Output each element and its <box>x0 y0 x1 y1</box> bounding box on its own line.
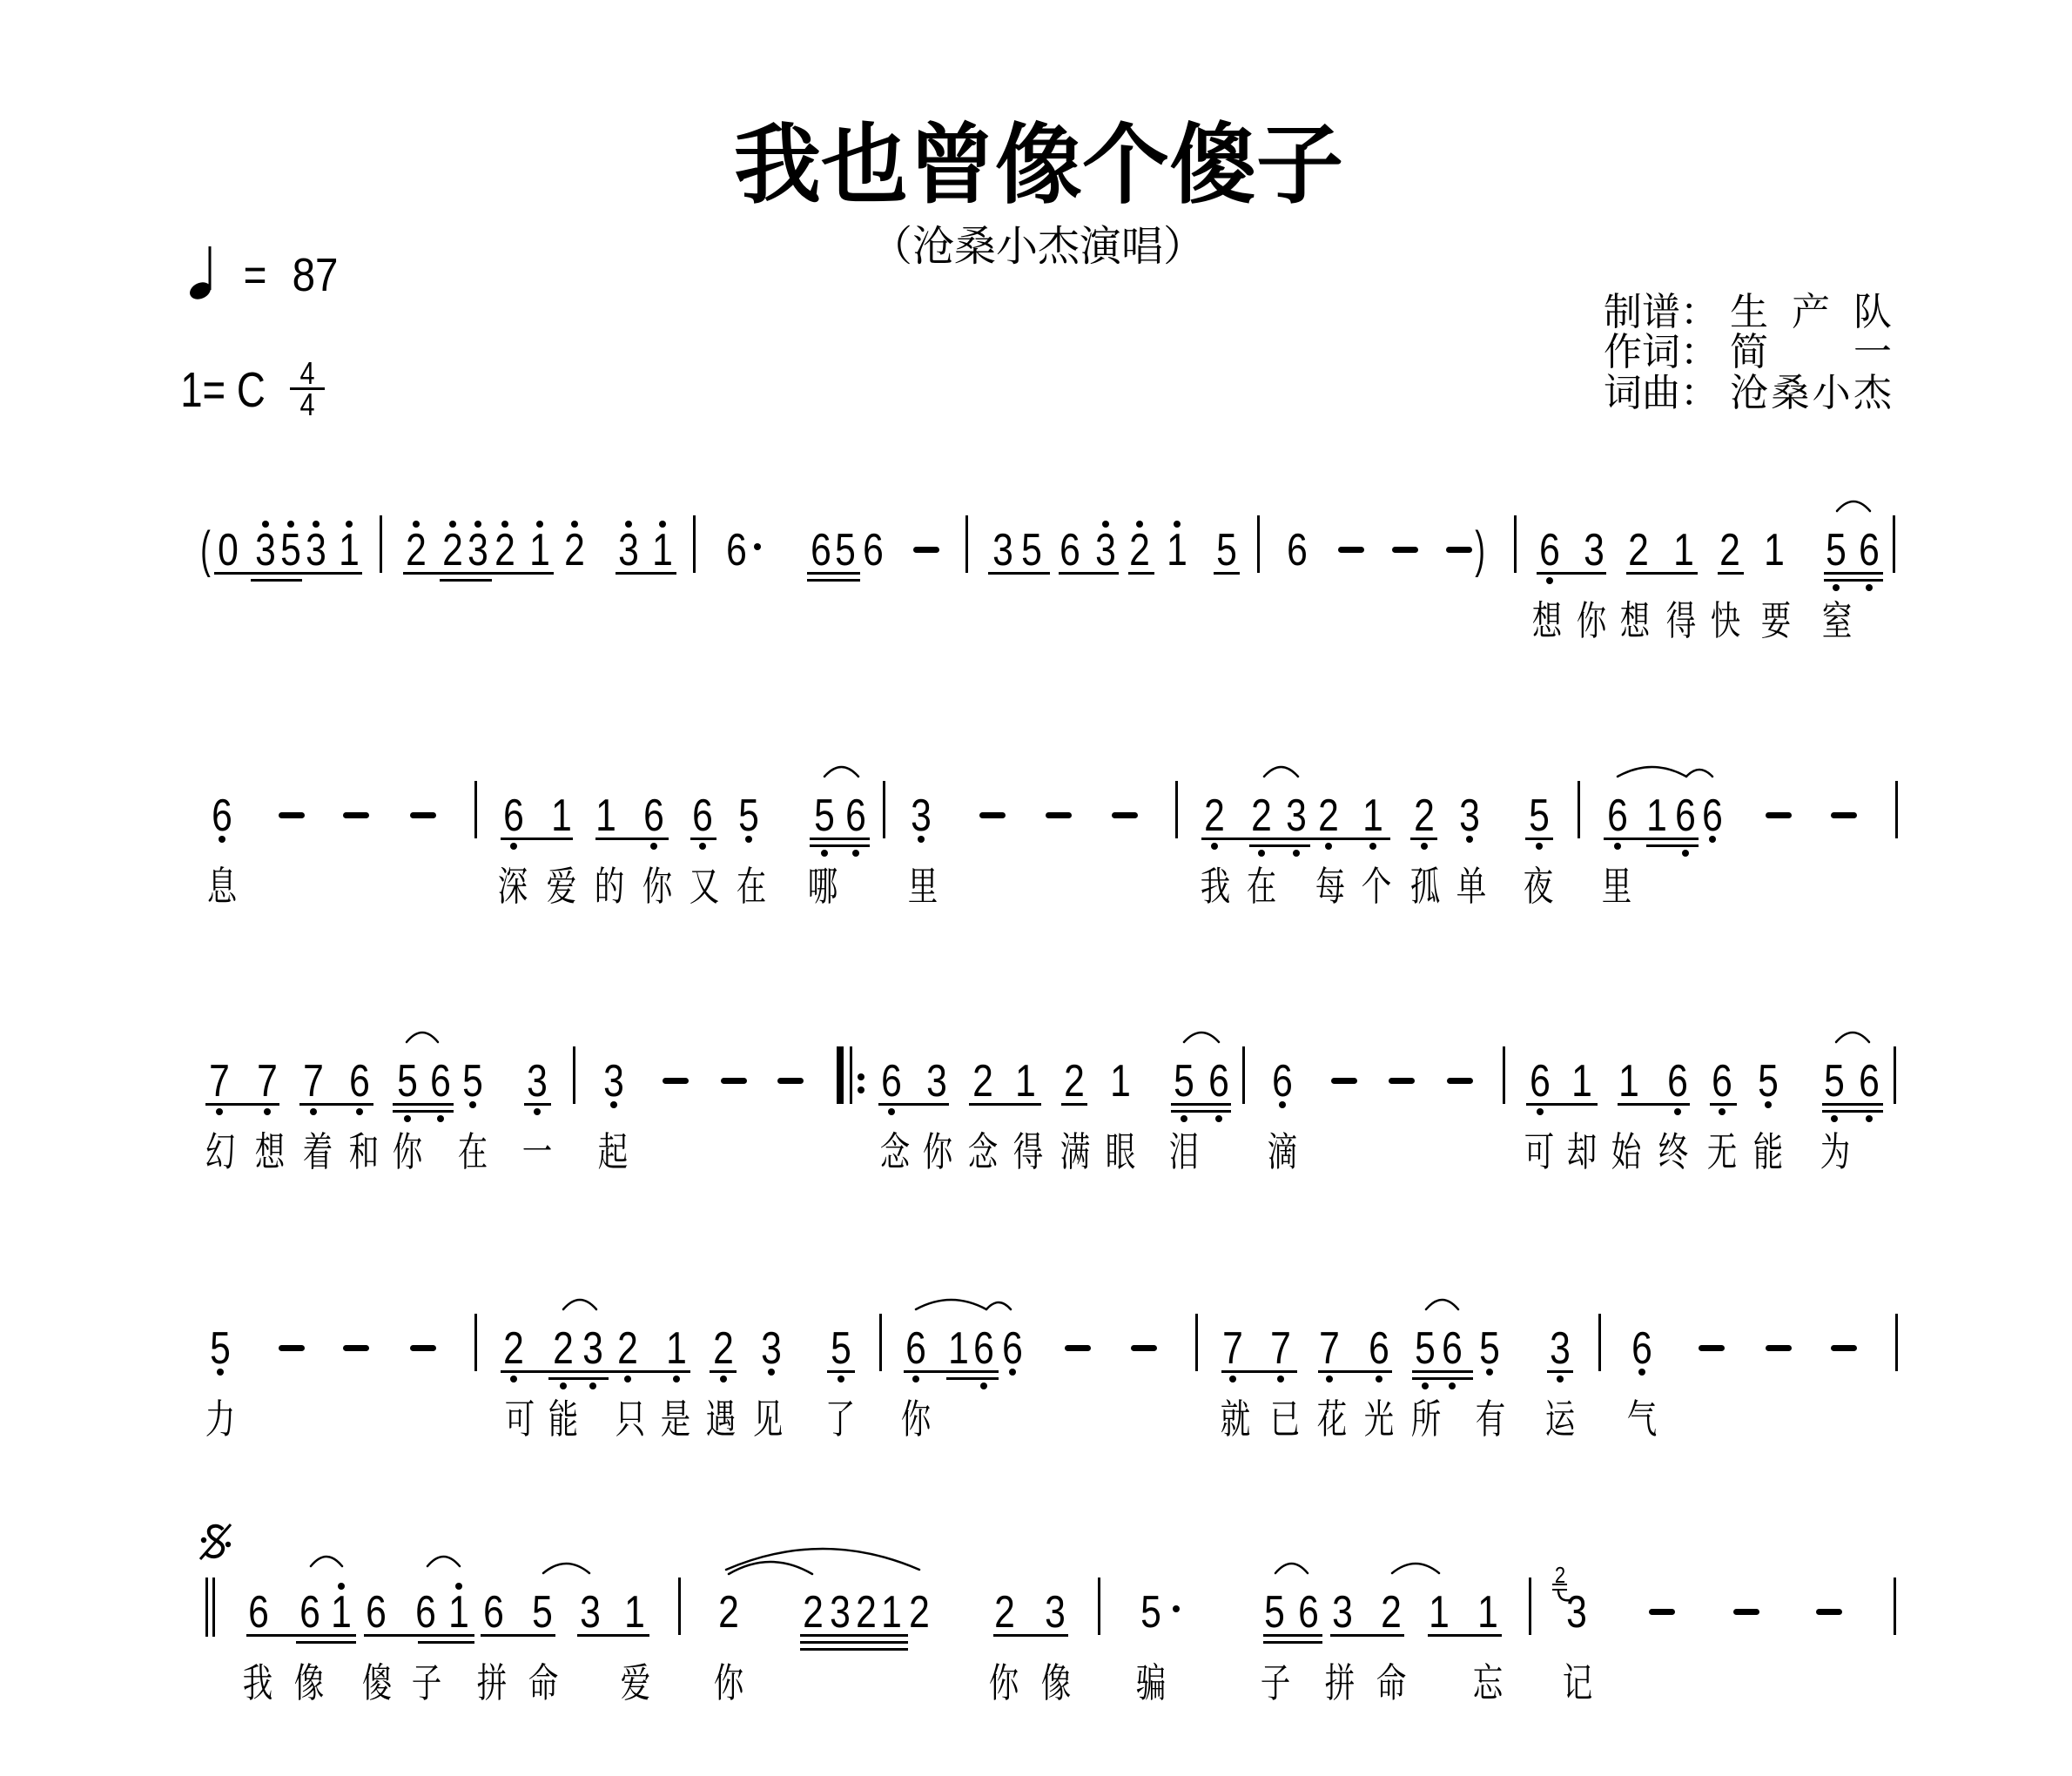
note-6: 6 <box>1539 528 1560 573</box>
lyric-char: 所 <box>1411 1399 1442 1439</box>
note-2: 2 <box>1381 1590 1402 1635</box>
lyric-char: 子 <box>1261 1663 1291 1703</box>
note-1: 1 <box>1015 1059 1036 1104</box>
note-5: 5 <box>1479 1326 1500 1371</box>
augmentation-dot <box>1173 1605 1180 1612</box>
lyric-char: 一 <box>522 1132 553 1172</box>
repeat-dot <box>858 1073 864 1080</box>
underline-beam <box>1824 579 1883 582</box>
underline-beam <box>946 1377 999 1380</box>
lyric-char: 爱 <box>621 1663 651 1703</box>
lyric-char: 着 <box>303 1132 333 1172</box>
note-1: 1 <box>652 528 673 573</box>
octave-low-dot <box>650 843 657 850</box>
barline <box>1893 515 1895 573</box>
lyric-char: 命 <box>528 1663 559 1703</box>
lyric-char: 深 <box>498 866 528 906</box>
note-2: 2 <box>617 1326 638 1371</box>
note-3: 3 <box>580 1590 601 1635</box>
grace-underline <box>1552 1589 1567 1591</box>
sustain-dash <box>663 1078 689 1084</box>
note-6: 6 <box>349 1059 370 1104</box>
lyric-char: 哪 <box>808 866 838 906</box>
repeat-dot <box>858 1086 864 1093</box>
lyric-char: 满 <box>1060 1132 1091 1172</box>
lyric-char: 可 <box>1524 1132 1555 1172</box>
lyric-char: 爱 <box>547 866 577 906</box>
octave-low-dot <box>1258 850 1265 857</box>
note-6: 6 <box>973 1326 994 1371</box>
lyric-char: 花 <box>1317 1399 1348 1439</box>
lyric-char: 幻 <box>205 1132 236 1172</box>
octave-low-dot <box>1557 1376 1564 1382</box>
octave-low-dot <box>918 836 925 843</box>
underline-beam <box>251 579 302 582</box>
sustain-dash <box>1699 1345 1725 1351</box>
note-3: 3 <box>1095 528 1116 573</box>
octave-low-dot <box>510 843 517 850</box>
note-2: 2 <box>1719 528 1740 573</box>
note-2: 2 <box>503 1326 524 1371</box>
sustain-dash <box>1649 1609 1675 1615</box>
note-5: 5 <box>1021 528 1042 573</box>
note-6: 6 <box>483 1590 504 1635</box>
octave-high-dot <box>346 521 353 528</box>
underline-beam <box>1822 1110 1883 1113</box>
note-1: 1 <box>339 528 360 573</box>
lyric-char: 始 <box>1611 1132 1642 1172</box>
octave-low-dot <box>1537 1108 1544 1115</box>
barline <box>1895 1314 1898 1371</box>
lyric-char: 快 <box>1711 601 1741 641</box>
note-1: 1 <box>529 528 550 573</box>
note-3: 3 <box>618 528 639 573</box>
lyric-char: 却 <box>1567 1132 1598 1172</box>
octave-low-dot <box>1486 1369 1493 1376</box>
note-6: 6 <box>1631 1326 1652 1371</box>
note-5: 5 <box>1824 1059 1845 1104</box>
note-5: 5 <box>1140 1590 1161 1635</box>
barline <box>1257 515 1260 573</box>
barline <box>1098 1578 1100 1635</box>
lyric-char: 力 <box>205 1399 236 1439</box>
lyric-char: 命 <box>1376 1663 1407 1703</box>
octave-low-dot <box>768 1369 775 1376</box>
note-5: 5 <box>738 793 759 838</box>
lyric-char: 每 <box>1315 866 1346 906</box>
lyric-char: 得 <box>1013 1132 1044 1172</box>
octave-low-dot <box>888 1108 895 1115</box>
note-2: 2 <box>1251 793 1272 838</box>
note-6: 6 <box>1607 793 1628 838</box>
note-1: 1 <box>1571 1059 1592 1104</box>
note-5: 5 <box>831 1326 851 1371</box>
note-6: 6 <box>1208 1059 1229 1104</box>
note-6: 6 <box>1859 528 1880 573</box>
underline-beam <box>296 1641 356 1644</box>
lyric-char: 气 <box>1627 1399 1658 1439</box>
lyric-char: 你 <box>393 1132 423 1172</box>
lyric-char: 无 <box>1707 1132 1738 1172</box>
note-5: 5 <box>1264 1590 1285 1635</box>
underline-beam <box>807 579 860 582</box>
underline-beam <box>393 1110 454 1113</box>
note-1: 1 <box>1429 1590 1450 1635</box>
octave-low-dot <box>510 1376 517 1382</box>
octave-low-dot <box>217 1369 224 1376</box>
octave-low-dot <box>1866 584 1873 591</box>
lyric-char: 傻 <box>362 1663 393 1703</box>
note-1: 1 <box>595 793 616 838</box>
note-5: 5 <box>1415 1326 1436 1371</box>
note-2: 2 <box>856 1590 877 1635</box>
note-5: 5 <box>462 1059 483 1104</box>
octave-low-dot <box>720 1376 727 1382</box>
barline <box>965 515 968 573</box>
note-6: 6 <box>1369 1326 1389 1371</box>
underline-beam <box>810 844 870 847</box>
note-1: 1 <box>1110 1059 1131 1104</box>
note-6: 6 <box>1287 528 1308 573</box>
note-1: 1 <box>948 1326 969 1371</box>
octave-low-dot <box>1466 836 1473 843</box>
note-2: 2 <box>1414 793 1435 838</box>
note-2: 2 <box>1129 528 1150 573</box>
note-7: 7 <box>303 1059 324 1104</box>
repeat-start-thin-bar <box>850 1046 852 1104</box>
barline <box>1894 1046 1896 1104</box>
sustain-dash <box>1331 1078 1357 1084</box>
lyric-char: 光 <box>1364 1399 1395 1439</box>
lyric-char: 我 <box>243 1663 273 1703</box>
note-3: 3 <box>1286 793 1307 838</box>
sustain-dash <box>1065 1345 1091 1351</box>
note-5: 5 <box>210 1326 231 1371</box>
lyric-char: 像 <box>294 1663 325 1703</box>
octave-high-dot <box>625 521 632 528</box>
octave-low-dot <box>1325 843 1332 850</box>
octave-high-dot <box>413 521 420 528</box>
octave-low-dot <box>469 1101 476 1108</box>
sustain-dash <box>1131 1345 1157 1351</box>
note-3: 3 <box>911 793 932 838</box>
octave-low-dot <box>1765 1101 1772 1108</box>
lyric-char: 和 <box>349 1132 380 1172</box>
note-6: 6 <box>1442 1326 1463 1371</box>
close-paren: ) <box>1475 525 1485 575</box>
octave-low-dot <box>404 1115 411 1122</box>
note-6: 6 <box>811 528 831 573</box>
note-2: 2 <box>494 528 515 573</box>
note-6: 6 <box>1675 793 1696 838</box>
lyric-char: 在 <box>1247 866 1277 906</box>
lyric-char: 息 <box>207 866 238 906</box>
note-6: 6 <box>1298 1590 1319 1635</box>
lyric-char: 能 <box>1753 1132 1784 1172</box>
note-6: 6 <box>643 793 664 838</box>
lyric-char: 是 <box>661 1399 691 1439</box>
note-5: 5 <box>1529 793 1550 838</box>
lyric-char: 个 <box>1362 866 1392 906</box>
lyric-char: 能 <box>548 1399 579 1439</box>
note-3: 3 <box>1332 1590 1353 1635</box>
octave-low-dot <box>673 1376 680 1382</box>
note-6: 6 <box>863 528 884 573</box>
lyric-char: 你 <box>1577 601 1607 641</box>
note-6: 6 <box>881 1059 902 1104</box>
note-1: 1 <box>666 1326 687 1371</box>
lyric-char: 泪 <box>1169 1132 1200 1172</box>
octave-low-dot <box>1674 1108 1681 1115</box>
note-2: 2 <box>718 1590 739 1635</box>
open-paren: ( <box>200 525 211 575</box>
octave-low-dot <box>838 1376 844 1382</box>
note-5: 5 <box>1174 1059 1194 1104</box>
lyric-char: 为 <box>1820 1132 1851 1172</box>
sustain-dash <box>410 812 436 818</box>
note-6: 6 <box>503 793 524 838</box>
note-1: 1 <box>331 1590 352 1635</box>
lyric-char: 要 <box>1761 601 1792 641</box>
lyric-char: 像 <box>1041 1663 1072 1703</box>
underline-beam <box>548 1377 609 1380</box>
note-1: 1 <box>1167 528 1187 573</box>
sustain-dash <box>1831 812 1857 818</box>
sustain-dash <box>1766 812 1792 818</box>
barline <box>879 1314 882 1371</box>
underline-beam <box>800 1641 908 1644</box>
octave-low-dot <box>1546 577 1553 584</box>
note-6: 6 <box>1702 793 1723 838</box>
octave-high-dot <box>571 521 578 528</box>
note-6: 6 <box>248 1590 269 1635</box>
octave-low-dot <box>1536 843 1543 850</box>
lyric-char: 遇 <box>706 1399 737 1439</box>
sustain-dash <box>1112 812 1138 818</box>
underline-beam <box>1412 1377 1473 1380</box>
octave-low-dot <box>437 1115 444 1122</box>
note-1: 1 <box>1764 528 1785 573</box>
octave-low-dot <box>1229 1376 1236 1382</box>
octave-low-dot <box>560 1382 567 1389</box>
barline <box>1895 781 1898 838</box>
note-6: 6 <box>212 793 232 838</box>
note-2: 2 <box>803 1590 824 1635</box>
lyric-char: 骗 <box>1136 1663 1167 1703</box>
octave-low-dot <box>624 1376 631 1382</box>
underline-beam <box>440 579 492 582</box>
lyric-char: 我 <box>1201 866 1231 906</box>
note-3: 3 <box>527 1059 548 1104</box>
lyric-char: 想 <box>1620 601 1651 641</box>
octave-high-dot <box>449 521 456 528</box>
octave-low-dot <box>589 1382 596 1389</box>
note-6: 6 <box>1667 1059 1688 1104</box>
note-5: 5 <box>280 528 301 573</box>
note-2: 2 <box>972 1059 993 1104</box>
octave-low-dot <box>699 843 706 850</box>
grace-underline <box>1552 1584 1567 1585</box>
lyric-char: 眼 <box>1106 1132 1136 1172</box>
octave-low-dot <box>912 1376 919 1382</box>
lyric-char: 的 <box>595 866 625 906</box>
note-2: 2 <box>909 1590 930 1635</box>
octave-low-dot <box>1449 1382 1456 1389</box>
note-6: 6 <box>1859 1059 1880 1104</box>
note-6: 6 <box>845 793 866 838</box>
note-6: 6 <box>430 1059 451 1104</box>
lyric-char: 记 <box>1563 1663 1593 1703</box>
note-6: 6 <box>726 528 747 573</box>
sustain-dash <box>1446 547 1472 553</box>
note-3: 3 <box>582 1326 603 1371</box>
sustain-dash <box>721 1078 747 1084</box>
octave-low-dot <box>1638 1369 1645 1376</box>
lyric-char: 运 <box>1545 1399 1576 1439</box>
lyric-char: 在 <box>737 866 767 906</box>
note-7: 7 <box>1319 1326 1340 1371</box>
lyric-char: 可 <box>505 1399 535 1439</box>
note-2: 2 <box>1064 1059 1085 1104</box>
octave-low-dot <box>1326 1376 1333 1382</box>
octave-low-dot <box>216 1108 223 1115</box>
note-7: 7 <box>209 1059 230 1104</box>
note-2: 2 <box>1628 528 1649 573</box>
lyric-char: 念 <box>880 1132 911 1172</box>
octave-high-dot <box>1136 521 1143 528</box>
note-2: 2 <box>564 528 585 573</box>
note-6: 6 <box>415 1590 436 1635</box>
note-5: 5 <box>1826 528 1847 573</box>
repeat-start-thick-bar <box>837 1046 844 1104</box>
octave-high-dot <box>338 1583 345 1590</box>
sustain-dash <box>777 1078 804 1084</box>
octave-low-dot <box>1831 1115 1838 1122</box>
octave-high-dot <box>262 521 269 528</box>
lyric-char: 就 <box>1221 1399 1251 1439</box>
note-7: 7 <box>1222 1326 1243 1371</box>
barline <box>1242 1046 1245 1104</box>
octave-high-dot <box>287 521 294 528</box>
sustain-dash <box>1447 1078 1473 1084</box>
note-2: 2 <box>994 1590 1015 1635</box>
note-7: 7 <box>257 1059 278 1104</box>
octave-high-dot <box>536 521 543 528</box>
sustain-dash <box>1046 812 1072 818</box>
barline <box>1175 781 1178 838</box>
octave-low-dot <box>219 836 225 843</box>
octave-high-dot <box>313 521 320 528</box>
note-5: 5 <box>397 1059 418 1104</box>
note-3: 3 <box>1045 1590 1066 1635</box>
lyric-char: 夜 <box>1524 866 1554 906</box>
note-1: 1 <box>624 1590 645 1635</box>
note-2: 2 <box>1204 793 1225 838</box>
lyric-char: 里 <box>908 866 938 906</box>
barline <box>1503 1046 1505 1104</box>
lyric-char: 滴 <box>1268 1132 1298 1172</box>
octave-low-dot <box>610 1101 617 1108</box>
octave-low-dot <box>1369 843 1376 850</box>
note-1: 1 <box>1477 1590 1498 1635</box>
augmentation-dot <box>754 543 761 550</box>
lyric-char: 念 <box>968 1132 999 1172</box>
octave-high-dot <box>1174 521 1181 528</box>
double-barline <box>212 1578 215 1637</box>
note-1: 1 <box>1673 528 1694 573</box>
lyric-char: 想 <box>1532 601 1563 641</box>
lyric-char: 起 <box>598 1132 629 1172</box>
note-5: 5 <box>835 528 856 573</box>
lyric-char: 了 <box>825 1399 856 1439</box>
octave-high-dot <box>501 521 508 528</box>
note-3: 3 <box>992 528 1013 573</box>
note-1: 1 <box>881 1590 902 1635</box>
lyric-char: 在 <box>458 1132 488 1172</box>
lyric-char: 见 <box>753 1399 784 1439</box>
barline <box>380 515 382 573</box>
note-3: 3 <box>255 528 276 573</box>
octave-low-dot <box>1279 1101 1286 1108</box>
octave-low-dot <box>1421 843 1428 850</box>
barline <box>1529 1578 1531 1635</box>
double-barline <box>205 1578 208 1637</box>
note-3: 3 <box>1584 528 1604 573</box>
lyric-char: 忘 <box>1473 1663 1504 1703</box>
octave-low-dot <box>1422 1382 1429 1389</box>
lyric-char: 单 <box>1456 866 1487 906</box>
sustain-dash <box>410 1345 436 1351</box>
octave-low-dot <box>1719 1108 1726 1115</box>
note-1: 1 <box>551 793 572 838</box>
lyric-char: 你 <box>642 866 673 906</box>
octave-low-dot <box>310 1108 317 1115</box>
note-3: 3 <box>926 1059 947 1104</box>
note-6: 6 <box>1712 1059 1732 1104</box>
note-1: 1 <box>448 1590 469 1635</box>
barline <box>1894 1578 1896 1635</box>
lyric-char: 想 <box>255 1132 286 1172</box>
sustain-dash <box>343 1345 369 1351</box>
octave-low-dot <box>1682 850 1689 857</box>
octave-high-dot <box>1102 521 1109 528</box>
octave-low-dot <box>1211 843 1218 850</box>
note-2: 2 <box>1318 793 1339 838</box>
jianpu-score: (0353122321231665635632156)63212156想你想得快… <box>0 0 2072 1776</box>
octave-low-dot <box>1376 1376 1382 1382</box>
octave-low-dot <box>1009 1369 1016 1376</box>
lyric-char: 拼 <box>1325 1663 1356 1703</box>
barline <box>474 1314 477 1371</box>
lyric-char: 孤 <box>1410 866 1441 906</box>
lyric-char: 里 <box>1602 866 1632 906</box>
octave-low-dot <box>356 1108 363 1115</box>
note-0: 0 <box>218 528 239 573</box>
note-6: 6 <box>1002 1326 1023 1371</box>
sustain-dash <box>979 812 1006 818</box>
note-3: 3 <box>468 528 488 573</box>
note-2: 2 <box>442 528 463 573</box>
octave-low-dot <box>1709 836 1716 843</box>
octave-low-dot <box>1277 1376 1284 1382</box>
lyric-char: 子 <box>412 1663 442 1703</box>
sustain-dash <box>1766 1345 1792 1351</box>
note-5: 5 <box>1216 528 1237 573</box>
barline <box>883 781 885 838</box>
note-6: 6 <box>299 1590 320 1635</box>
lyric-char: 又 <box>690 866 720 906</box>
barline <box>474 781 477 838</box>
